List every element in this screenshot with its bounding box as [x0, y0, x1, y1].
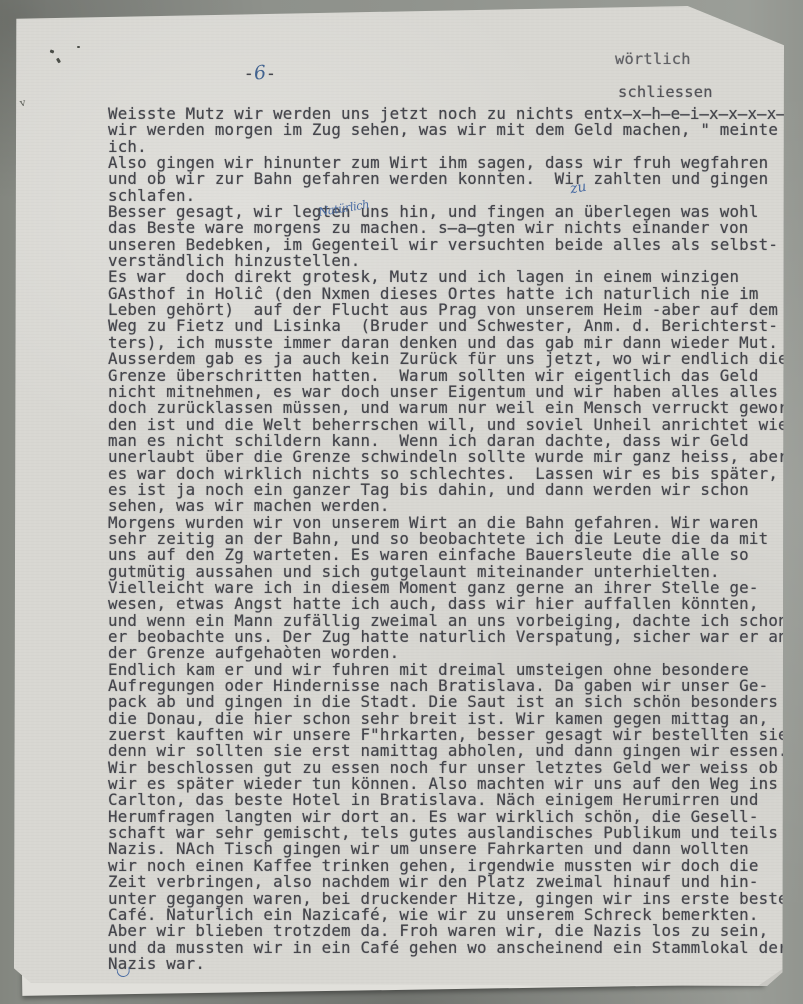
page-number-handwritten-digit: 6	[253, 61, 268, 84]
header-annotation-schliessen: schliessen	[618, 83, 713, 101]
typed-line: wir werden morgen im Zug sehen, was wir …	[108, 122, 784, 138]
handwritten-insertion-zu: zu	[569, 179, 588, 198]
typed-line: und da mussten wir in ein Café gehen wo …	[108, 940, 784, 956]
typed-line: und ob wir zur Bahn gefahren werden konn…	[108, 171, 784, 187]
handwritten-correction-squiggle	[116, 967, 130, 978]
document-page: wörtlich schliessen -6- Weisste Mutz wir…	[14, 6, 784, 986]
pencil-check-mark: v	[19, 98, 27, 110]
typewritten-text-block: Weisste Mutz wir werden uns jetzt noch z…	[108, 106, 784, 972]
page-number: -6-	[244, 62, 276, 84]
page-number-suffix: -	[266, 64, 276, 83]
ink-speck	[77, 46, 80, 48]
typed-line: Nazis war.	[108, 956, 784, 972]
ink-speck	[50, 49, 55, 53]
header-annotation-woertlich: wörtlich	[615, 50, 691, 68]
ink-speck	[56, 58, 61, 64]
